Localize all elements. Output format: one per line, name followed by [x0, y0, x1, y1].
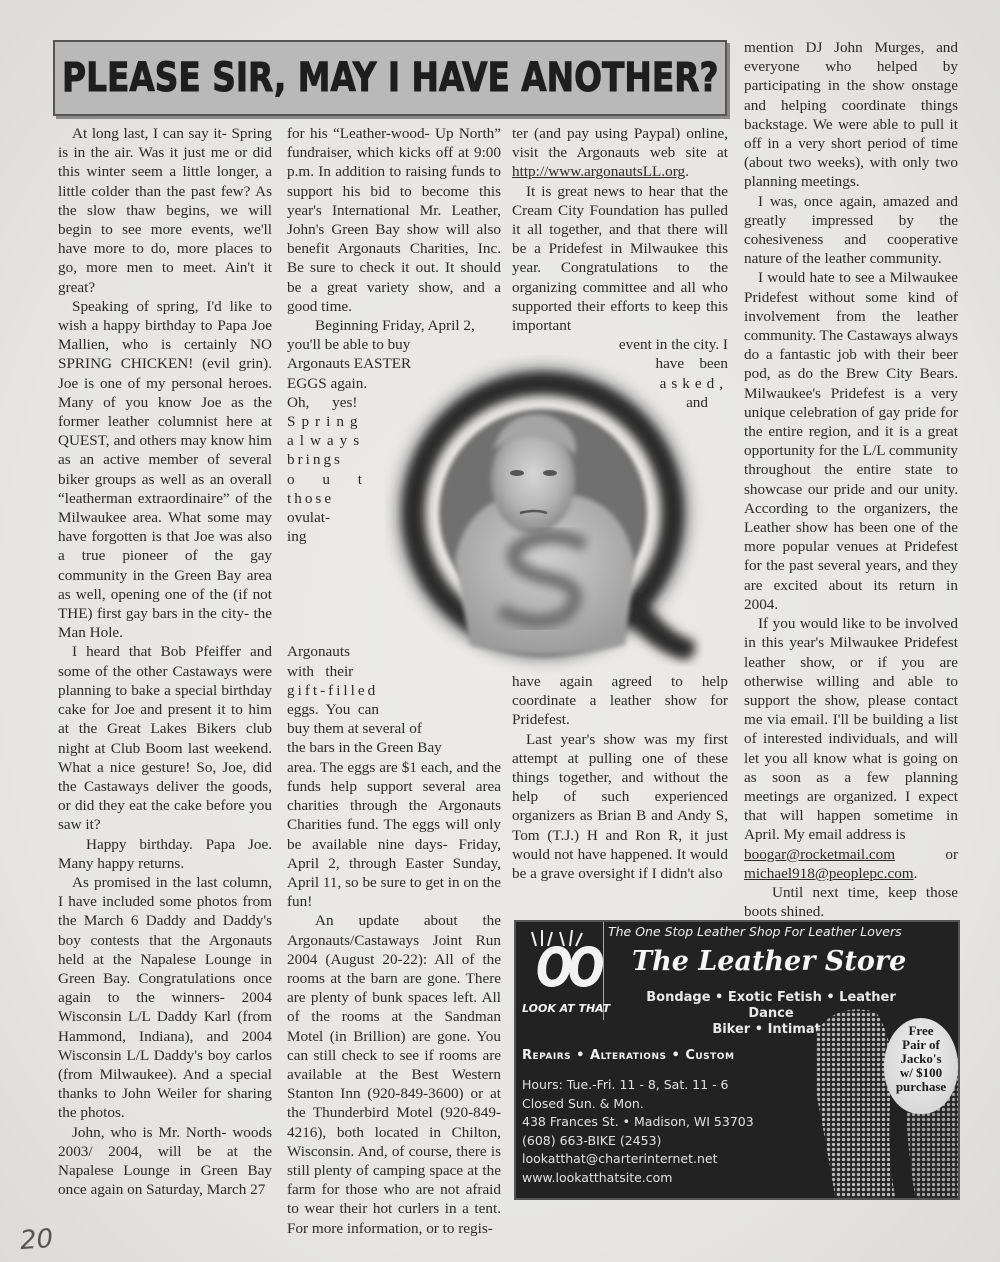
- paragraph: I was, once again, amazed and greatly im…: [744, 192, 958, 269]
- ad-tagline: The One Stop Leather Shop For Leather Lo…: [608, 924, 902, 939]
- paragraph: for his “Leather-wood- Up North” fundrai…: [287, 124, 501, 316]
- email-line: michael918@peoplepc.com.: [744, 864, 958, 883]
- column-1: At long last, I can say it- Spring is in…: [58, 124, 272, 1199]
- store-closed: Closed Sun. & Mon.: [522, 1095, 754, 1114]
- email-line: boogar@rocketmail.com or: [744, 845, 958, 864]
- quest-q-logo-photo: [385, 355, 715, 695]
- headline-banner: PLEASE SIR, MAY I HAVE ANOTHER?: [53, 40, 727, 116]
- paragraph: At long last, I can say it- Spring is in…: [58, 124, 272, 297]
- paragraph: Happy birthday. Papa Joe. Many happy ret…: [58, 835, 272, 873]
- email-link-2[interactable]: michael918@peoplepc.com: [744, 865, 914, 882]
- page-number: 20: [19, 1224, 54, 1256]
- store-address: 438 Frances St. • Madison, WI 53703: [522, 1113, 754, 1132]
- look-at-that-logo: OO LOOK AT THAT: [516, 922, 604, 1020]
- store-phone: (608) 663-BIKE (2453): [522, 1132, 754, 1151]
- wrap-line: Beginning Friday, April 2,: [287, 316, 501, 335]
- wrap-line: event in the city. I: [512, 335, 728, 354]
- logo-text: LOOK AT THAT: [522, 1002, 610, 1015]
- wrap-line: you'll be able to buy: [287, 335, 501, 354]
- paragraph: If you would like to be involved in this…: [744, 614, 958, 844]
- store-website[interactable]: www.lookatthatsite.com: [522, 1169, 754, 1188]
- repairs-line: Repairs • Alterations • Custom: [522, 1048, 734, 1063]
- logo-eyes: OO: [536, 936, 600, 999]
- paragraph: It is great news to hear that the Cream …: [512, 182, 728, 336]
- paragraph: Speaking of spring, I'd like to wish a h…: [58, 297, 272, 643]
- q-logo-icon: [385, 355, 715, 695]
- paragraph: Last year's show was my first attempt at…: [512, 730, 728, 884]
- headline: PLEASE SIR, MAY I HAVE ANOTHER?: [62, 55, 718, 101]
- wrap-line: the bars in the Green Bay: [287, 738, 501, 757]
- leather-store-ad: OO LOOK AT THAT The One Stop Leather Sho…: [514, 920, 960, 1200]
- paragraph: John, who is Mr. North- woods 2003/ 2004…: [58, 1123, 272, 1200]
- free-jackos-badge: Free Pair of Jacko's w/ $100 purchase: [884, 1018, 958, 1114]
- argonauts-website-link[interactable]: http://www.argonautsLL.org: [512, 163, 685, 180]
- paragraph: An update about the Argonauts/Castaways …: [287, 911, 501, 1237]
- store-name: The Leather Store: [632, 946, 906, 977]
- paragraph: Until next time, keep those boots shined…: [744, 883, 958, 921]
- magazine-page: PLEASE SIR, MAY I HAVE ANOTHER? At long …: [0, 0, 1000, 1262]
- store-email[interactable]: lookatthat@charterinternet.net: [522, 1150, 754, 1169]
- wrap-line: eggs. You can: [287, 700, 501, 719]
- column-4: mention DJ John Murges, and everyone who…: [744, 38, 958, 921]
- wrap-line: buy them at several of: [287, 719, 501, 738]
- paragraph: I heard that Bob Pfeiffer and some of th…: [58, 642, 272, 834]
- paragraph: ter (and pay using Paypal) online, visit…: [512, 124, 728, 182]
- paragraph: mention DJ John Murges, and everyone who…: [744, 38, 958, 192]
- paragraph: As promised in the last column, I have i…: [58, 873, 272, 1123]
- paragraph: I would hate to see a Milwaukee Pridefes…: [744, 268, 958, 614]
- paragraph: area. The eggs are $1 each, and the fund…: [287, 758, 501, 912]
- store-contact-info: Hours: Tue.-Fri. 11 - 8, Sat. 11 - 6 Clo…: [522, 1076, 754, 1187]
- email-link-1[interactable]: boogar@rocketmail.com: [744, 845, 895, 864]
- store-hours: Hours: Tue.-Fri. 11 - 8, Sat. 11 - 6: [522, 1076, 754, 1095]
